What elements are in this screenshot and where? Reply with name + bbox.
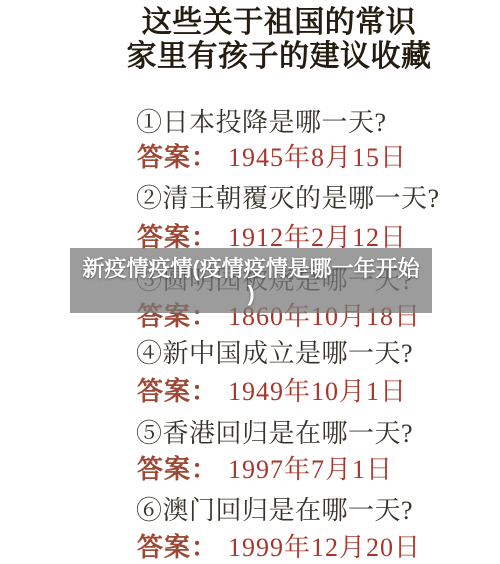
answer-japan-surrender: 答案：1945年8月15日 — [137, 143, 407, 173]
answer-label: 答案： — [137, 377, 218, 406]
answer-value: 1997年7月1日 — [228, 455, 393, 484]
question-japan-surrender: ①日本投降是哪一天? — [136, 108, 387, 138]
title-line-1: 这些关于祖国的常识 — [58, 6, 500, 40]
overlay-caption-line-2: ) — [247, 281, 254, 306]
question-hongkong-return: ⑤香港回归是在哪一天? — [136, 419, 413, 449]
answer-value: 1949年10月1日 — [228, 377, 407, 406]
answer-value: 1945年8月15日 — [228, 143, 407, 172]
answer-macau-return: 答案：1999年12月20日 — [137, 533, 421, 563]
question-prc-founded: ④新中国成立是哪一天? — [136, 339, 413, 369]
answer-label: 答案： — [137, 533, 218, 562]
question-qing-fall: ②清王朝覆灭的是哪一天? — [136, 184, 440, 214]
answer-prc-founded: 答案：1949年10月1日 — [137, 377, 407, 407]
overlay-caption-line-1: 新疫情疫情(疫情疫情是哪一年开始 — [82, 256, 419, 281]
answer-label: 答案： — [137, 455, 218, 484]
article-infographic: 这些关于祖国的常识 家里有孩子的建议收藏 ①日本投降是哪一天? 答案：1945年… — [0, 0, 500, 564]
question-macau-return: ⑥澳门回归是在哪一天? — [136, 496, 413, 526]
page-title: 这些关于祖国的常识 家里有孩子的建议收藏 — [58, 6, 500, 74]
title-line-2: 家里有孩子的建议收藏 — [58, 40, 500, 74]
answer-value: 1999年12月20日 — [228, 533, 421, 562]
answer-label: 答案： — [137, 143, 218, 172]
answer-hongkong-return: 答案：1997年7月1日 — [137, 455, 393, 485]
caption-overlay-banner: 新疫情疫情(疫情疫情是哪一年开始 ) — [70, 248, 432, 313]
